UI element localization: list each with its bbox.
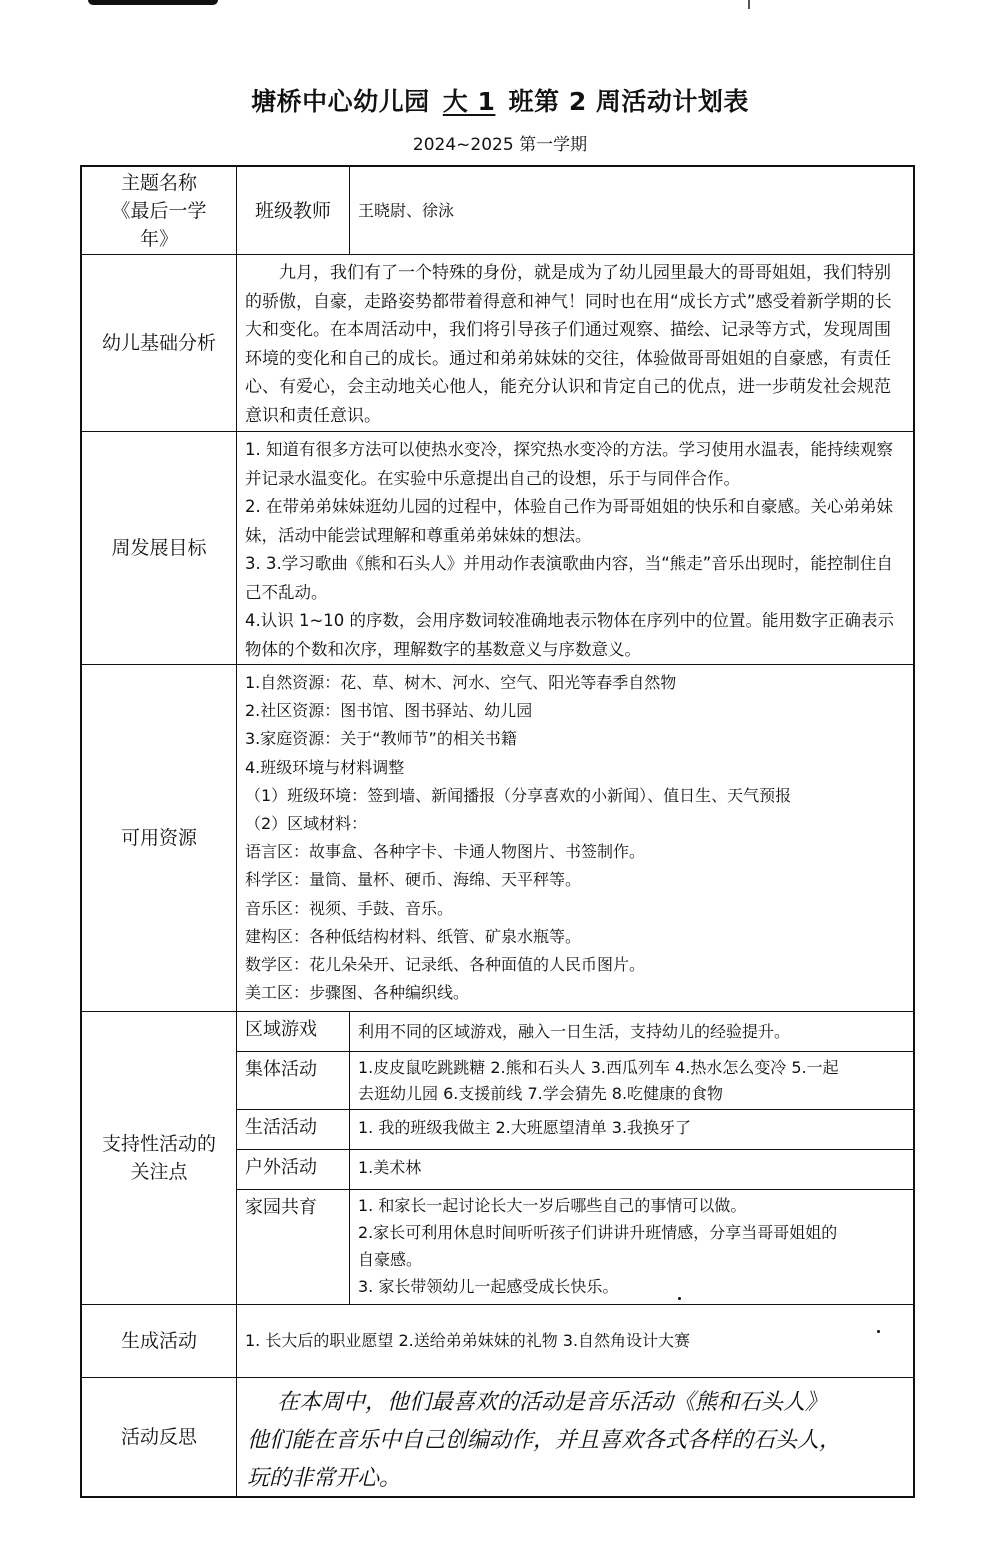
reflection-handwritten-text: 在本周中，他们最喜欢的活动是音乐活动《熊和石头人》 他们能在音乐中自己创编动作，… [237,1378,913,1496]
scan-dot [678,1297,681,1300]
scan-artifact [748,0,750,9]
reflection-label-cell: 活动反思 [82,1378,237,1496]
weekly-goals-label: 周发展目标 [111,534,206,562]
page-title: 塘桥中心幼儿园 大 1 班第 2 周活动计划表 [0,82,1000,118]
theme-label: 主题名称 [111,169,206,197]
resource-line: （1）班级环境：签到墙、新闻播报（分享喜欢的小新闻）、值日生、天气预报 [245,782,905,810]
support-activities-label-cell: 支持性活动的 关注点 [82,1012,237,1305]
subrow-line: 1.皮皮鼠吃跳跳糖 2.熊和石头人 3.西瓜列车 4.热水怎么变冷 5.一起 [358,1055,905,1081]
generated-activities-label-cell: 生成活动 [82,1305,237,1378]
title-class: 大 1 [439,87,500,116]
subrow-content-home-school: 1. 和家长一起讨论长大一岁后哪些自己的事情可以做。 2.家长可利用休息时间听听… [350,1190,913,1305]
title-school: 塘桥中心幼儿园 [251,87,430,116]
child-analysis-label-cell: 幼儿基础分析 [82,255,237,432]
resource-line: 语言区：故事盒、各种字卡、卡通人物图片、书签制作。 [245,838,905,866]
subrow-line: 1.美术林 [358,1154,905,1182]
reflection-line: 他们能在音乐中自己创编动作，并且喜欢各式各样的石头人， [247,1422,907,1460]
subrow-line: 1. 和家长一起讨论长大一岁后哪些自己的事情可以做。 [358,1192,905,1219]
goal-item: 3. 3.学习歌曲《熊和石头人》并用动作表演歌曲内容，当“熊走”音乐出现时，能控… [245,550,905,607]
subrow-line: 去逛幼儿园 6.支援前线 7.学会猜先 8.吃健康的食物 [358,1081,905,1107]
resource-line: 美工区：步骤图、各种编织线。 [245,979,905,1007]
subrow-line: 利用不同的区域游戏，融入一日生活，支持幼儿的经验提升。 [358,1018,905,1046]
resource-line: 科学区：量筒、量杯、硬币、海绵、天平秤等。 [245,866,905,894]
goal-item: 1. 知道有很多方法可以使热水变冷，探究热水变冷的方法。学习使用水温表，能持续观… [245,436,905,493]
teacher-names-cell: 王晓尉、徐泳 [350,167,913,255]
resource-line: 1.自然资源：花、草、树木、河水、空气、阳光等春季自然物 [245,669,905,697]
goal-item: 4.认识 1~10 的序数，会用序数词较准确地表示物体在序列中的位置。能用数字正… [245,607,905,664]
reflection-line: 在本周中，他们最喜欢的活动是音乐活动《熊和石头人》 [247,1384,907,1422]
weekly-goals-list: 1. 知道有很多方法可以使热水变冷，探究热水变冷的方法。学习使用水温表，能持续观… [237,432,913,665]
generated-activities-cell: 1. 长大后的职业愿望 2.送给弟弟妹妹的礼物 3.自然角设计大赛 [237,1305,913,1378]
resource-line: 3.家庭资源：关于“教师节”的相关书籍 [245,725,905,753]
weekly-goals-label-cell: 周发展目标 [82,432,237,665]
subrow-content-outdoor-activities: 1.美术林 [350,1150,913,1190]
subrow-label: 集体活动 [237,1052,350,1110]
reflection-label: 活动反思 [121,1423,197,1451]
subrow-line: 1. 我的班级我做主 2.大班愿望清单 3.我换牙了 [358,1114,905,1142]
theme-name-part2: 年》 [111,225,206,253]
support-activities-label-2: 关注点 [102,1158,216,1186]
child-analysis-label: 幼儿基础分析 [102,329,216,357]
resources-list: 1.自然资源：花、草、树木、河水、空气、阳光等春季自然物 2.社区资源：图书馆、… [237,665,913,1012]
child-analysis-text: 九月，我们有了一个特殊的身份，就是成为了幼儿园里最大的哥哥姐姐，我们特别的骄傲，… [237,255,913,432]
subrow-label: 区域游戏 [237,1012,350,1052]
resource-line: 2.社区资源：图书馆、图书驿站、幼儿园 [245,697,905,725]
generated-activities-label: 生成活动 [121,1327,197,1355]
title-suffix: 班第 2 周活动计划表 [509,87,749,116]
teacher-label: 班级教师 [255,197,331,225]
scan-artifact [88,0,218,5]
semester-subtitle: 2024~2025 第一学期 [0,130,1000,155]
resource-line: （2）区域材料： [245,810,905,838]
teacher-names: 王晓尉、徐泳 [358,197,454,225]
theme-name-part1: 《最后一学 [111,197,206,225]
activity-plan-table: 主题名称 《最后一学 年》 班级教师 王晓尉、徐泳 幼儿基础分析 九月，我们有了… [80,165,915,1498]
subrow-label: 家园共育 [237,1190,350,1305]
subrow-line: 自豪感。 [358,1246,905,1273]
resources-label-cell: 可用资源 [82,665,237,1012]
subrow-content-life-activities: 1. 我的班级我做主 2.大班愿望清单 3.我换牙了 [350,1110,913,1150]
reflection-line: 玩的非常开心。 [247,1460,907,1498]
subrow-line: 2.家长可利用休息时间听听孩子们讲讲升班情感，分享当哥哥姐姐的 [358,1219,905,1246]
generated-activities-text: 1. 长大后的职业愿望 2.送给弟弟妹妹的礼物 3.自然角设计大赛 [245,1327,690,1355]
goal-item: 2. 在带弟弟妹妹逛幼儿园的过程中，体验自己作为哥哥姐姐的快乐和自豪感。关心弟弟… [245,493,905,550]
support-activities-label: 支持性活动的 [102,1130,216,1158]
subrow-label: 生活活动 [237,1110,350,1150]
theme-label-cell: 主题名称 《最后一学 年》 [82,167,237,255]
subrow-line: 3. 家长带领幼儿一起感受成长快乐。 [358,1273,905,1300]
resource-line: 音乐区：视须、手鼓、音乐。 [245,895,905,923]
resources-label: 可用资源 [121,824,197,852]
resource-line: 建构区：各种低结构材料、纸管、矿泉水瓶等。 [245,923,905,951]
scan-dot [877,1330,880,1333]
subrow-label: 户外活动 [237,1150,350,1190]
resource-line: 4.班级环境与材料调整 [245,754,905,782]
subrow-content-group-activities: 1.皮皮鼠吃跳跳糖 2.熊和石头人 3.西瓜列车 4.热水怎么变冷 5.一起 去… [350,1052,913,1110]
teacher-label-cell: 班级教师 [237,167,350,255]
subrow-content-area-games: 利用不同的区域游戏，融入一日生活，支持幼儿的经验提升。 [350,1012,913,1052]
resource-line: 数学区：花儿朵朵开、记录纸、各种面值的人民币图片。 [245,951,905,979]
